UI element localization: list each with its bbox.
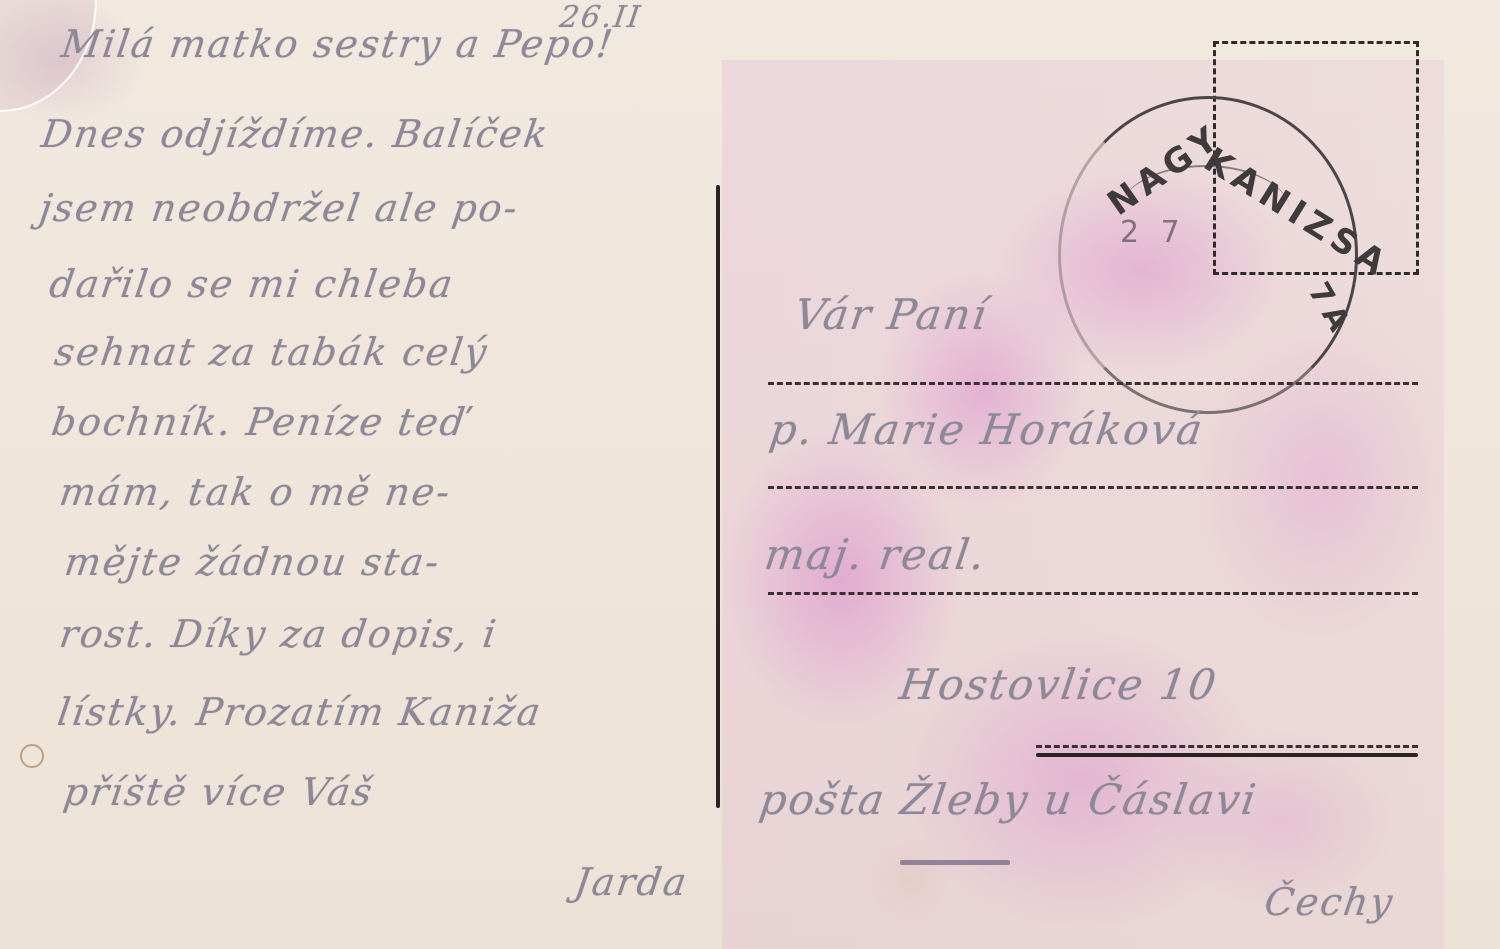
address-line-3 xyxy=(768,592,1418,595)
message-line: jsem neobdržel ale po- xyxy=(37,186,522,230)
address-line-4 xyxy=(1036,745,1418,748)
address-line: Hostovlice 10 xyxy=(897,660,1221,709)
message-line: dařilo se mi chleba xyxy=(47,262,457,306)
address-line-2 xyxy=(768,486,1418,489)
message-line: mám, tak o mě ne- xyxy=(57,470,454,514)
message-signature: Jarda xyxy=(572,860,691,904)
message-line: lístky. Prozatím Kaniža xyxy=(55,690,545,734)
message-line: sehnat za tabák celý xyxy=(52,330,491,374)
stain-mark xyxy=(20,744,44,768)
center-divider xyxy=(716,185,720,808)
message-line: příště více Váš xyxy=(61,770,377,814)
address-line: Čechy xyxy=(1262,880,1397,924)
address-line: maj. real. xyxy=(762,530,990,579)
address-line: pošta Žleby u Čáslavi xyxy=(757,775,1261,824)
message-line: rost. Díky za dopis, i xyxy=(57,612,501,656)
address-line: p. Marie Horáková xyxy=(767,405,1208,454)
postmark-date: 2 7 xyxy=(1120,215,1186,250)
postcard-back: 26.II Milá matko sestry a Pepo! Dnes odj… xyxy=(0,0,1500,949)
address-line-1 xyxy=(768,382,1418,385)
message-line: Milá matko sestry a Pepo! xyxy=(59,22,617,66)
message-line: mějte žádnou sta- xyxy=(62,540,444,584)
address-line: Vár Paní xyxy=(792,290,992,339)
message-line: bochník. Peníze teď xyxy=(49,400,470,444)
address-underline xyxy=(1036,753,1418,757)
pencil-underline xyxy=(900,860,1010,865)
message-line: Dnes odjíždíme. Balíček xyxy=(39,112,552,156)
